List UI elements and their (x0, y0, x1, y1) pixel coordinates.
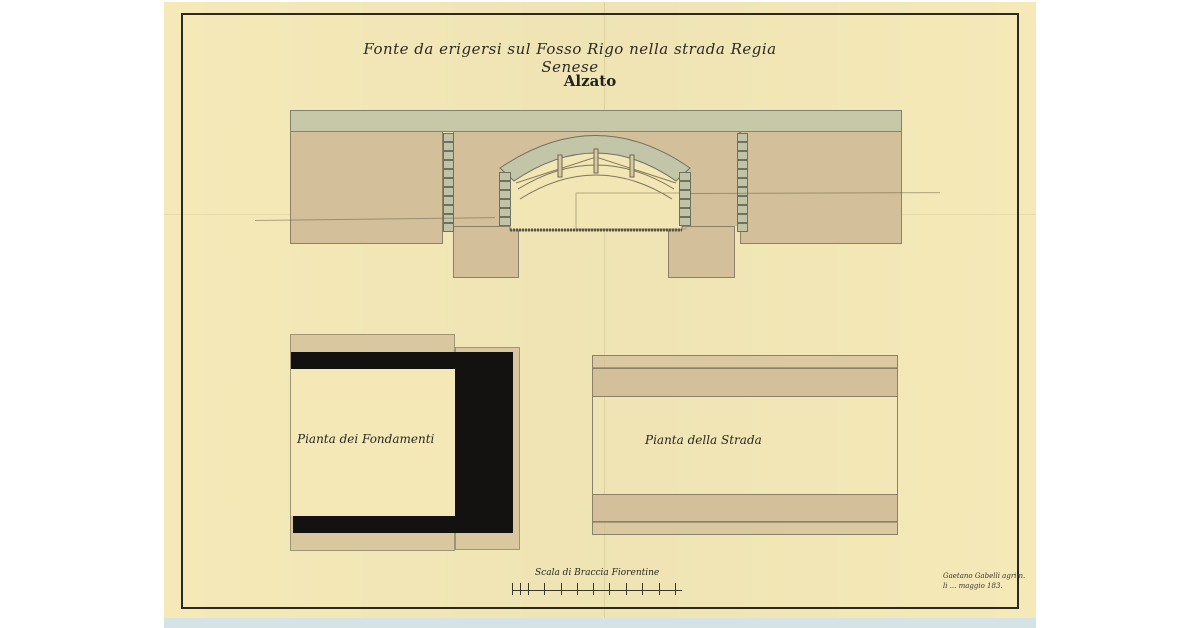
background-strip (164, 618, 1036, 628)
signature: Gaetano Gabelli agrim. li ... maggio 183… (943, 571, 1025, 591)
road-verge-bottom-outer (592, 522, 898, 535)
scale-bar-label: Scala di Braccia Fiorentine (535, 568, 659, 578)
road-deck (290, 110, 902, 132)
road-verge-bottom (592, 494, 898, 522)
right-arch-pier (679, 172, 691, 226)
foundation-bottom-wall (293, 516, 513, 533)
elevation-heading: Alzato (540, 72, 640, 90)
left-embankment (290, 131, 443, 244)
signature-line-2: li ... maggio 183. (943, 581, 1025, 591)
signature-line-1: Gaetano Gabelli agrim. (943, 571, 1025, 581)
left-abutment (453, 226, 519, 278)
right-embankment (740, 131, 902, 244)
arch-opening (498, 133, 694, 233)
road-plan-label: Pianta della Strada (645, 433, 762, 447)
foundation-plan-label: Pianta dei Fondamenti (297, 432, 434, 446)
right-brick-column (737, 133, 748, 232)
left-arch-pier (499, 172, 511, 226)
road-verge-top (592, 368, 898, 397)
page-title: Fonte da erigersi sul Fosso Rigo nella s… (340, 40, 800, 76)
right-abutment (668, 226, 735, 278)
road-verge-top-outer (592, 355, 898, 368)
scale-line (512, 590, 682, 591)
foundation-side-wall (455, 352, 513, 533)
